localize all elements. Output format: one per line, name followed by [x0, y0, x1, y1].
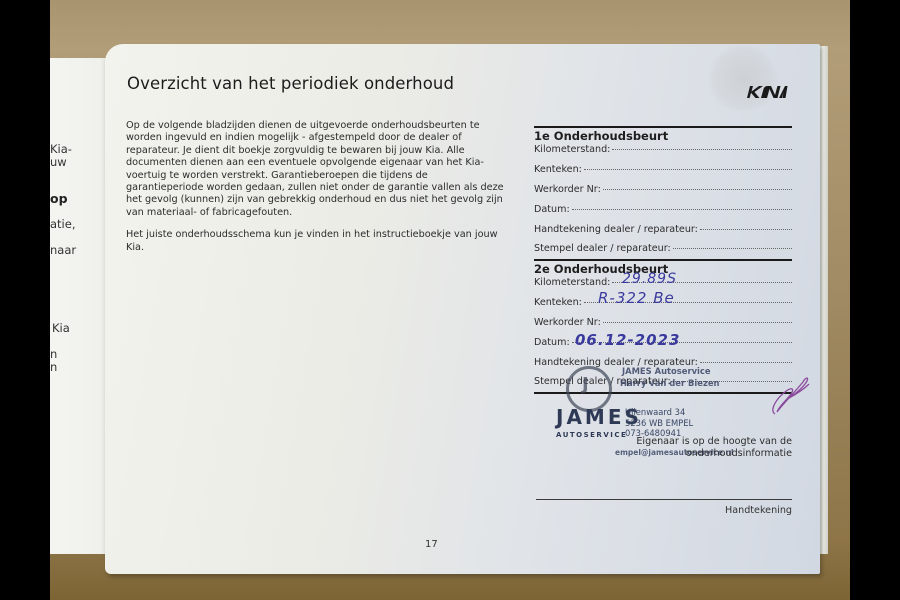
stamp-person-name: Harry van der Biezen	[620, 378, 719, 388]
stamp-address: Uilenwaard 34 5236 WB EMPEL 073-6480941	[625, 407, 693, 439]
section-divider	[534, 126, 792, 128]
left-page-fragment: n	[50, 347, 57, 361]
stamp-circle-letter: J	[582, 374, 589, 395]
stamp-dealer-name: JAMES Autoservice	[622, 366, 711, 376]
field-label: Werkorder Nr:	[534, 317, 601, 328]
field-label: Datum:	[534, 337, 570, 348]
service-1-heading: 1e Onderhoudsbeurt	[534, 129, 668, 143]
left-page-fragment: op	[50, 191, 68, 206]
service-1-signature-field[interactable]: Handtekening dealer / reparateur:	[534, 224, 792, 235]
dotted-line	[572, 208, 792, 210]
service-1-workorder-field[interactable]: Werkorder Nr:	[534, 184, 792, 195]
service-2-workorder-field[interactable]: Werkorder Nr:	[534, 317, 792, 328]
dotted-line	[603, 321, 792, 323]
fingerprint-smudge	[708, 46, 778, 111]
field-label: Kilometerstand:	[534, 277, 610, 288]
field-label: Kilometerstand:	[534, 144, 610, 155]
stamp-logo-sub: AUTOSERVICE	[556, 431, 627, 439]
dotted-line	[584, 168, 792, 170]
section-divider	[534, 259, 792, 261]
signature-line	[536, 499, 792, 500]
stamp-address-line: 5236 WB EMPEL	[625, 418, 693, 429]
kia-logo-icon	[746, 85, 788, 99]
dotted-line	[700, 228, 792, 230]
field-label: Stempel dealer / reparateur:	[534, 243, 671, 254]
field-label: Werkorder Nr:	[534, 184, 601, 195]
owner-note-line: onderhoudsinformatie	[620, 448, 792, 460]
left-page-fragment: naar	[50, 243, 76, 257]
dotted-line	[673, 247, 792, 249]
dotted-line	[603, 188, 792, 190]
page-number: 17	[425, 539, 438, 550]
dotted-line	[700, 361, 792, 363]
owner-note-line: Eigenaar is op de hoogte van de	[620, 436, 792, 448]
page-title: Overzicht van het periodiek onderhoud	[127, 74, 454, 93]
service-1-km-field[interactable]: Kilometerstand:	[534, 144, 792, 155]
handwritten-plate: R-322 Be	[598, 289, 675, 307]
intro-text: Op de volgende bladzijden dienen de uitg…	[126, 120, 506, 264]
field-label: Kenteken:	[534, 164, 582, 175]
left-page-fragment: n	[50, 360, 57, 374]
owner-note: Eigenaar is op de hoogte van de onderhou…	[620, 436, 792, 459]
left-page-fragment: Kia-	[50, 142, 72, 156]
service-1-plate-field[interactable]: Kenteken:	[534, 164, 792, 175]
left-page: Kia- uw op atie, naar Kia n n	[50, 58, 112, 554]
signature-label: Handtekening	[680, 505, 792, 516]
handwritten-km: 29.89S	[622, 271, 677, 287]
left-page-fragment: atie,	[50, 217, 75, 231]
stamp-address-line: Uilenwaard 34	[625, 407, 693, 418]
dotted-line	[612, 148, 792, 150]
intro-paragraph: Op de volgende bladzijden dienen de uitg…	[126, 120, 506, 219]
letterbox-right	[850, 0, 900, 600]
service-1-stamp-field[interactable]: Stempel dealer / reparateur:	[534, 243, 792, 254]
intro-paragraph: Het juiste onderhoudsschema kun je vinde…	[126, 229, 506, 254]
field-label: Datum:	[534, 204, 570, 215]
service-1-date-field[interactable]: Datum:	[534, 204, 792, 215]
letterbox-left	[0, 0, 50, 600]
left-page-fragment: Kia	[52, 321, 70, 335]
field-label: Handtekening dealer / reparateur:	[534, 224, 698, 235]
field-label: Kenteken:	[534, 297, 582, 308]
handwritten-signature	[765, 374, 815, 416]
handwritten-date: 06.12-2023	[575, 331, 680, 349]
left-page-fragment: uw	[50, 155, 67, 169]
